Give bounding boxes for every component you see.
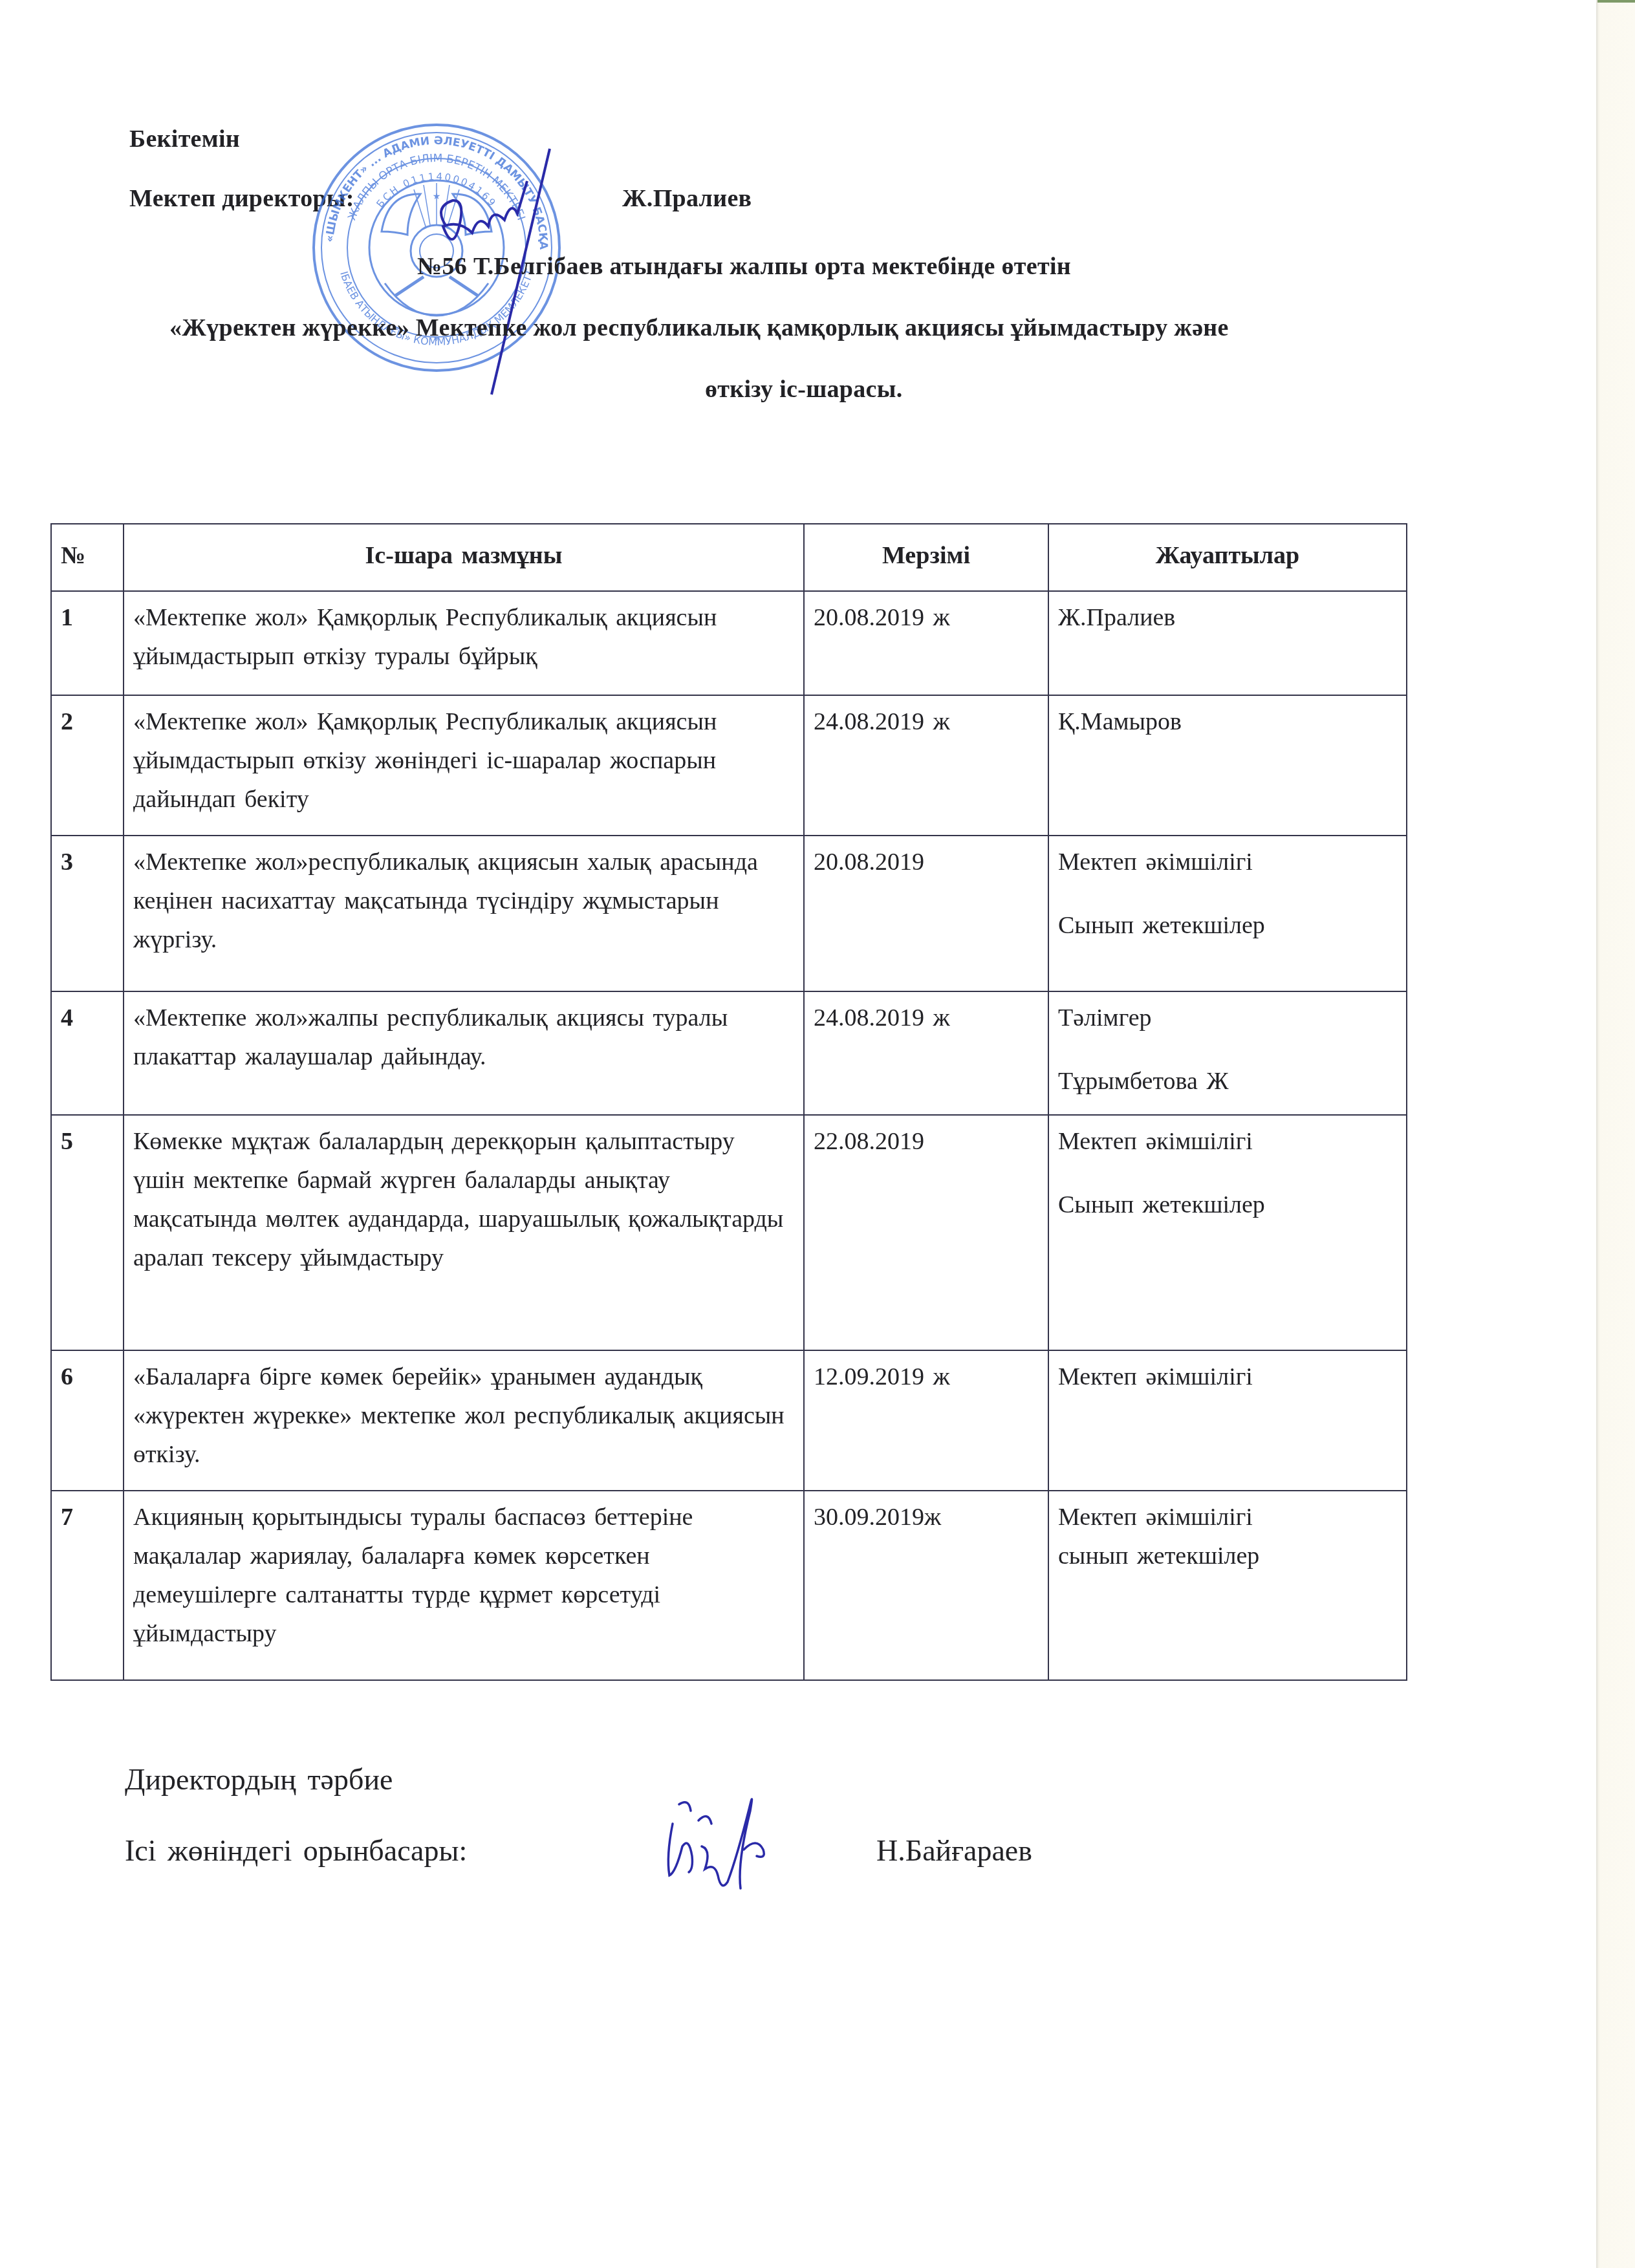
header-deadline: Мерзімі	[804, 524, 1048, 591]
responsible-person: Мектеп әкімшілігі	[1058, 1357, 1397, 1396]
event-plan-table: № Іс-шара мазмұны Мерзімі Жауаптылар 1 «…	[50, 523, 1407, 1681]
row-deadline: 30.09.2019ж	[804, 1491, 1048, 1680]
row-deadline: 12.09.2019 ж	[804, 1350, 1048, 1491]
deputy-title-line2: Ісі жөніндегі орынбасары:	[125, 1833, 467, 1868]
row-deadline: 24.08.2019 ж	[804, 991, 1048, 1115]
row-event: «Мектепке жол» Қамқорлық Республикалық а…	[124, 591, 804, 695]
responsible-person: сынып жетекшілер	[1058, 1537, 1397, 1575]
table-row: 2 «Мектепке жол» Қамқорлық Республикалық…	[51, 695, 1407, 836]
responsible-person: Мектеп әкімшілігі	[1058, 1122, 1397, 1161]
header-responsible: Жауаптылар	[1048, 524, 1407, 591]
director-name: Ж.Пралиев	[622, 184, 752, 213]
responsible-person: Ж.Пралиев	[1058, 598, 1397, 637]
row-event: «Мектепке жол»жалпы республикалық акцияс…	[124, 991, 804, 1115]
deputy-title-line1: Директордың тәрбие	[125, 1762, 393, 1797]
table-row: 6 «Балаларға бірге көмек берейік» ұраным…	[51, 1350, 1407, 1491]
responsible-person: Сынып жетекшілер	[1058, 1185, 1397, 1224]
responsible-person: Мектеп әкімшілігі	[1058, 1498, 1397, 1537]
table-row: 7 Акцияның қорытындысы туралы баспасөз б…	[51, 1491, 1407, 1680]
table-row: 5 Көмекке мұқтаж балалардың дерекқорын қ…	[51, 1115, 1407, 1350]
row-responsible: Мектеп әкімшілігі Сынып жетекшілер	[1048, 1115, 1407, 1350]
row-num: 5	[51, 1115, 124, 1350]
paper-edge-strip	[1596, 0, 1635, 2268]
row-num: 4	[51, 991, 124, 1115]
row-responsible: Қ.Мамыров	[1048, 695, 1407, 836]
responsible-person: Тұрымбетова Ж	[1058, 1062, 1397, 1101]
row-num: 7	[51, 1491, 124, 1680]
row-num: 6	[51, 1350, 124, 1491]
row-event: «Мектепке жол»республикалық акциясын хал…	[124, 836, 804, 991]
row-responsible: Ж.Пралиев	[1048, 591, 1407, 695]
responsible-person: Мектеп әкімшілігі	[1058, 843, 1397, 881]
row-deadline: 20.08.2019 ж	[804, 591, 1048, 695]
header-event: Іс-шара мазмұны	[124, 524, 804, 591]
row-num: 3	[51, 836, 124, 991]
row-responsible: Мектеп әкімшілігі сынып жетекшілер	[1048, 1491, 1407, 1680]
deputy-signature	[653, 1785, 815, 1901]
row-deadline: 20.08.2019	[804, 836, 1048, 991]
row-num: 1	[51, 591, 124, 695]
row-event: «Балаларға бірге көмек берейік» ұранымен…	[124, 1350, 804, 1491]
header-num: №	[51, 524, 124, 591]
responsible-person: Қ.Мамыров	[1058, 702, 1397, 741]
table-row: 3 «Мектепке жол»республикалық акциясын х…	[51, 836, 1407, 991]
approve-label: Бекітемін	[129, 125, 240, 153]
doc-title-line1: №56 Т.Белгібаев атындағы жалпы орта мект…	[417, 252, 1071, 281]
row-event: Акцияның қорытындысы туралы баспасөз бет…	[124, 1491, 804, 1680]
deputy-name: Н.Байғараев	[876, 1833, 1032, 1868]
row-responsible: Мектеп әкімшілігі Сынып жетекшілер	[1048, 836, 1407, 991]
doc-title-line2: «Жүректен жүрекке» Мектепке жол республи…	[169, 314, 1229, 342]
responsible-person: Сынып жетекшілер	[1058, 906, 1397, 945]
table-row: 1 «Мектепке жол» Қамқорлық Республикалық…	[51, 591, 1407, 695]
row-responsible: Тәлімгер Тұрымбетова Ж	[1048, 991, 1407, 1115]
row-responsible: Мектеп әкімшілігі	[1048, 1350, 1407, 1491]
row-deadline: 24.08.2019 ж	[804, 695, 1048, 836]
row-deadline: 22.08.2019	[804, 1115, 1048, 1350]
doc-title-line3: өткізу іс-шарасы.	[705, 375, 903, 404]
row-event: Көмекке мұқтаж балалардың дерекқорын қал…	[124, 1115, 804, 1350]
table-row: 4 «Мектепке жол»жалпы республикалық акци…	[51, 991, 1407, 1115]
row-event: «Мектепке жол» Қамқорлық Республикалық а…	[124, 695, 804, 836]
responsible-person: Тәлімгер	[1058, 999, 1397, 1037]
row-num: 2	[51, 695, 124, 836]
table-header-row: № Іс-шара мазмұны Мерзімі Жауаптылар	[51, 524, 1407, 591]
